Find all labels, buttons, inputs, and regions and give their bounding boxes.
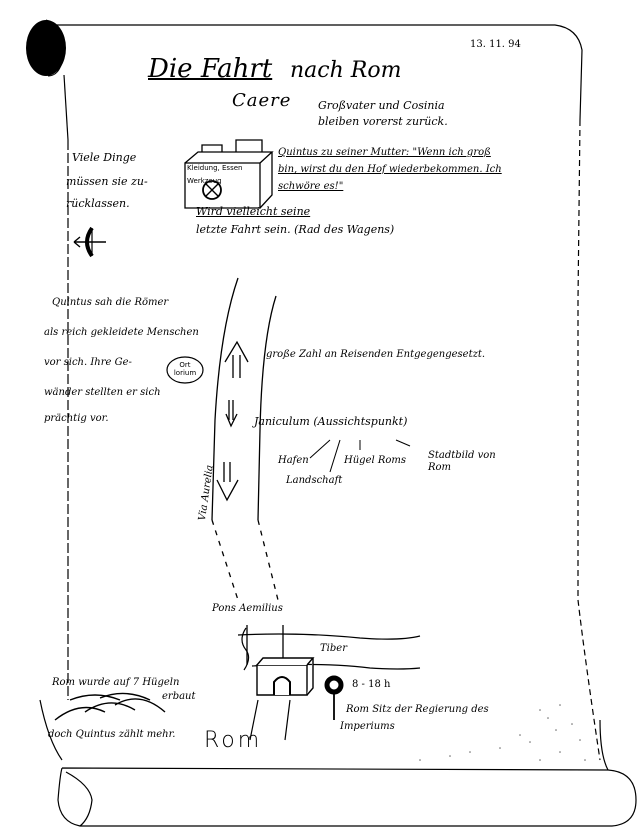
- left-note-1-line2: müssen sie zu-: [66, 176, 148, 187]
- left-note-1-line3: rücklassen.: [66, 198, 130, 209]
- quintus-quote-1: Quintus zu seiner Mutter: "Wenn ich groß: [278, 148, 491, 158]
- bow-arrow-icon: [74, 228, 106, 256]
- left-note-2-line2: als reich gekleidete Menschen: [44, 328, 199, 338]
- branch-hafen: Hafen: [278, 456, 309, 466]
- title-main: Die Fahrt: [148, 56, 272, 82]
- caere-note-1: Großvater und Cosinia: [318, 100, 445, 111]
- caere-label: Caere: [232, 92, 291, 110]
- branch-huegel: Hügel Roms: [344, 456, 406, 466]
- ortlorium-line1: Ort: [179, 361, 190, 369]
- ortlorium-line2: lorium: [174, 369, 196, 377]
- river-label: Tiber: [320, 644, 347, 654]
- sign-note-1: Rom Sitz der Regierung des: [346, 705, 489, 715]
- ortlorium-circle: Ort lorium: [172, 361, 198, 378]
- wheel-note-1: Wird vielleicht seine: [196, 206, 310, 217]
- hills-note-1: Rom wurde auf 7 Hügeln: [52, 678, 179, 688]
- sign-icon: [327, 678, 341, 692]
- janiculum-label: Janiculum (Aussichtspunkt): [254, 416, 407, 427]
- bridge-label: Pons Aemilius: [212, 604, 283, 614]
- branch-stadtbild: Stadtbild von Rom: [428, 450, 518, 474]
- left-note-2-line5: prächtig vor.: [44, 414, 109, 424]
- left-note-2-line1: Quintus sah die Römer: [52, 298, 168, 308]
- date: 13. 11. 94: [470, 40, 521, 50]
- title-rest: nach Rom: [290, 60, 401, 82]
- hills-note-3: doch Quintus zählt mehr.: [48, 730, 175, 740]
- quintus-quote-2: bin, wirst du den Hof wiederbekommen. Ic…: [278, 165, 502, 175]
- wheel-note-2: letzte Fahrt sein. (Rad des Wagens): [196, 224, 394, 235]
- left-note-2-line3: vor sich. Ihre Ge-: [44, 358, 132, 368]
- destination-rom: Rom: [204, 730, 262, 752]
- quintus-quote-3: schwöre es!": [278, 182, 343, 192]
- wagon-label-2: Werkzeug: [187, 178, 222, 185]
- caere-note-2: bleiben vorerst zurück.: [318, 116, 448, 127]
- sign-time: 8 - 18 h: [352, 680, 390, 690]
- traffic-note: große Zahl an Reisenden Entgegengesetzt.: [266, 350, 485, 360]
- branch-landschaft: Landschaft: [286, 476, 342, 486]
- hills-note-2: erbaut: [162, 692, 196, 702]
- sign-note-2: Imperiums: [340, 722, 395, 732]
- wagon-label-1: Kleidung, Essen: [187, 165, 242, 172]
- left-note-1-line1: Viele Dinge: [72, 152, 136, 163]
- left-note-2-line4: wänder stellten er sich: [44, 388, 161, 398]
